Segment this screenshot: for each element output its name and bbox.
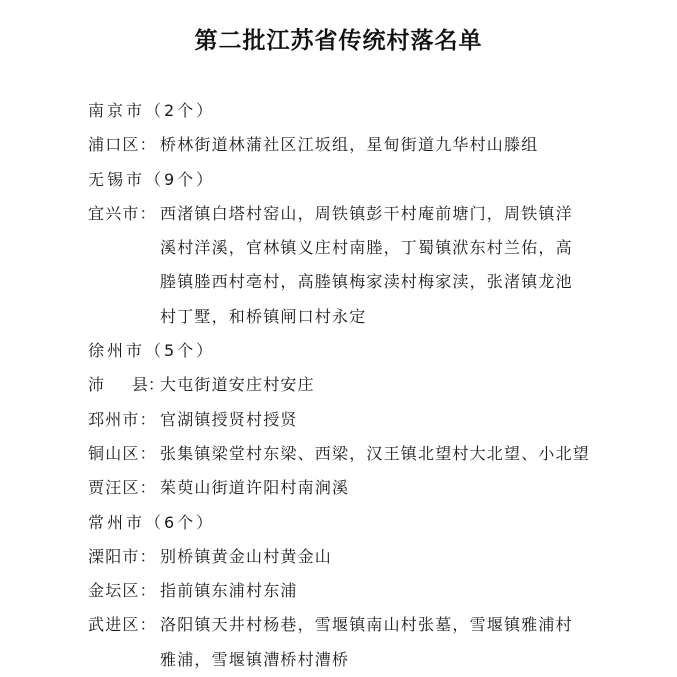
district-villages: 张集镇梁堂村东梁、西梁，汉王镇北望村大北望、小北望 — [160, 441, 590, 475]
district-label: 浦口区： — [88, 132, 160, 166]
villages-line: 别桥镇黄金山村黄金山 — [160, 544, 590, 578]
district-villages: 别桥镇黄金山村黄金山 — [160, 544, 590, 578]
city-heading-changzhou: 常州市（6个） — [88, 510, 608, 544]
district-entry-tongshan: 铜山区： 张集镇梁堂村东梁、西梁，汉王镇北望村大北望、小北望 — [88, 441, 608, 475]
district-label: 溧阳市： — [88, 544, 160, 578]
district-label: 贾汪区： — [88, 475, 160, 509]
villages-line: 茱萸山街道许阳村南涧溪 — [160, 475, 590, 509]
district-entry-pukou: 浦口区： 桥林街道林蒲社区江坂组，星甸街道九华村山滕组 — [88, 132, 608, 166]
villages-line: 村丁墅，和桥镇闸口村永定 — [160, 304, 590, 338]
district-label: 沛县： — [88, 372, 160, 406]
villages-line: 雅浦，雪堰镇漕桥村漕桥 — [160, 647, 590, 677]
district-entry-jiawang: 贾汪区： 茱萸山街道许阳村南涧溪 — [88, 475, 608, 509]
district-entry-pizhou: 邳州市： 官湖镇授贤村授贤 — [88, 407, 608, 441]
district-villages: 官湖镇授贤村授贤 — [160, 407, 590, 441]
district-label: 铜山区： — [88, 441, 160, 475]
villages-line: 溪村洋溪，官林镇义庄村南塍，丁蜀镇洑东村兰佑，高 — [160, 235, 590, 269]
villages-line: 张集镇梁堂村东梁、西梁，汉王镇北望村大北望、小北望 — [160, 441, 590, 475]
district-villages: 桥林街道林蒲社区江坂组，星甸街道九华村山滕组 — [160, 132, 590, 166]
villages-line: 大屯街道安庄村安庄 — [160, 372, 590, 406]
city-heading-wuxi: 无锡市（9个） — [88, 167, 608, 201]
villages-line: 塍镇塍西村亳村，高塍镇梅家渎村梅家渎，张渚镇龙池 — [160, 269, 590, 303]
district-label: 金坛区： — [88, 578, 160, 612]
district-villages: 茱萸山街道许阳村南涧溪 — [160, 475, 590, 509]
villages-line: 西渚镇白塔村窑山，周铁镇彭干村庵前塘门，周铁镇洋 — [160, 201, 590, 235]
district-entry-jintan: 金坛区： 指前镇东浦村东浦 — [88, 578, 608, 612]
district-entry-peixian: 沛县： 大屯街道安庄村安庄 — [88, 372, 608, 406]
district-entry-liyang: 溧阳市： 别桥镇黄金山村黄金山 — [88, 544, 608, 578]
villages-line: 桥林街道林蒲社区江坂组，星甸街道九华村山滕组 — [160, 132, 590, 166]
district-label-first-char: 沛 — [88, 372, 132, 398]
city-heading-xuzhou: 徐州市（5个） — [88, 338, 608, 372]
district-villages: 西渚镇白塔村窑山，周铁镇彭干村庵前塘门，周铁镇洋 溪村洋溪，官林镇义庄村南塍，丁… — [160, 201, 590, 338]
district-villages: 指前镇东浦村东浦 — [160, 578, 590, 612]
villages-line: 官湖镇授贤村授贤 — [160, 407, 590, 441]
villages-line: 指前镇东浦村东浦 — [160, 578, 590, 612]
district-villages: 大屯街道安庄村安庄 — [160, 372, 590, 406]
district-label: 宜兴市： — [88, 201, 160, 235]
district-entry-wujin: 武进区： 洛阳镇天井村杨巷，雪堰镇南山村张墓，雪堰镇雅浦村 雅浦，雪堰镇漕桥村漕… — [88, 612, 608, 677]
district-label: 武进区： — [88, 612, 160, 646]
document-title: 第二批江苏省传统村落名单 — [0, 26, 677, 56]
city-heading-nanjing: 南京市（2个） — [88, 98, 608, 132]
district-label: 邳州市： — [88, 407, 160, 441]
district-villages: 洛阳镇天井村杨巷，雪堰镇南山村张墓，雪堰镇雅浦村 雅浦，雪堰镇漕桥村漕桥 — [160, 612, 590, 677]
district-entry-yixing: 宜兴市： 西渚镇白塔村窑山，周铁镇彭干村庵前塘门，周铁镇洋 溪村洋溪，官林镇义庄… — [88, 201, 608, 338]
villages-line: 洛阳镇天井村杨巷，雪堰镇南山村张墓，雪堰镇雅浦村 — [160, 612, 590, 646]
village-list: 南京市（2个） 浦口区： 桥林街道林蒲社区江坂组，星甸街道九华村山滕组 无锡市（… — [88, 98, 608, 677]
